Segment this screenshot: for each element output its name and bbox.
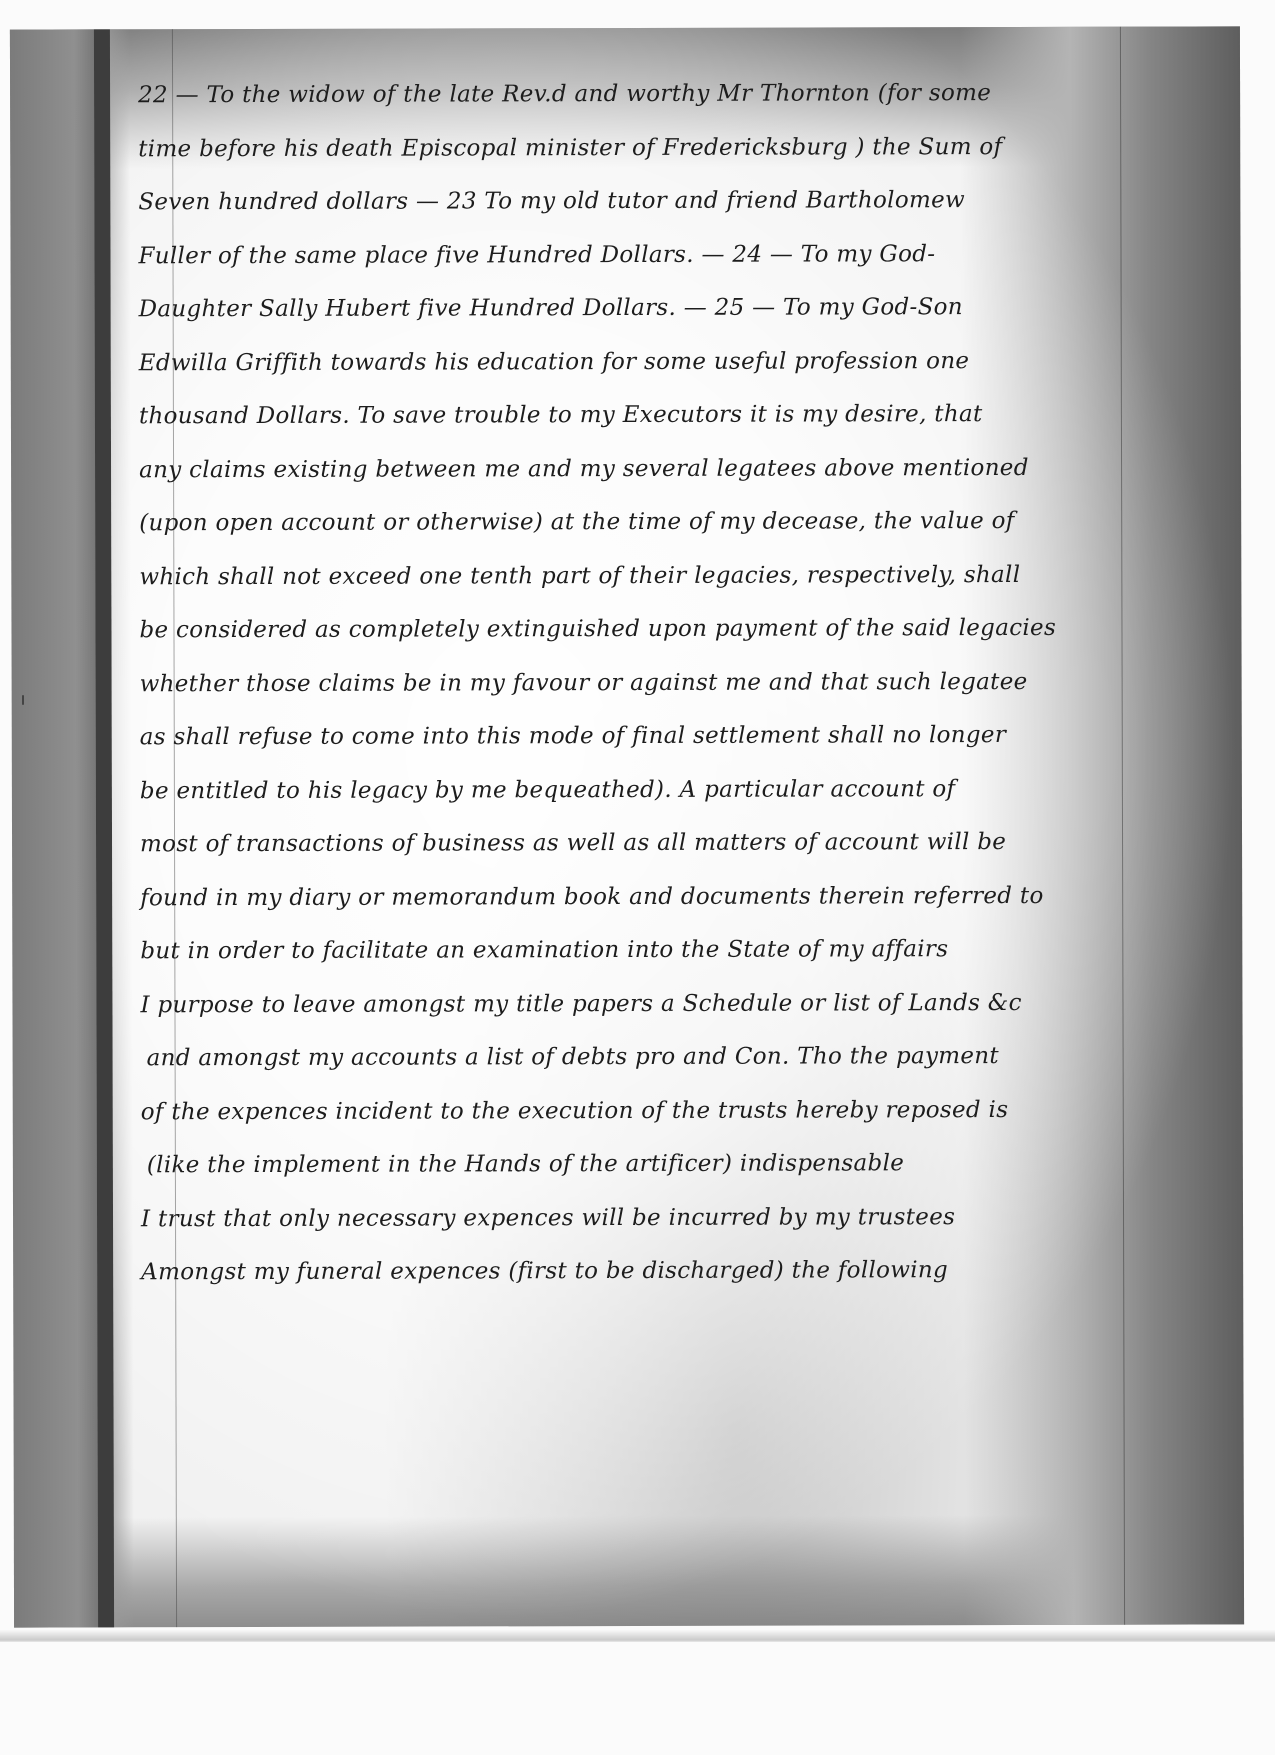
text-line: be considered as completely extinguished… <box>139 602 1149 658</box>
text-line: whether those claims be in my favour or … <box>140 655 1150 711</box>
text-line: Amongst my funeral expences (first to be… <box>141 1244 1151 1300</box>
text-line: Seven hundred dollars — 23 To my old tut… <box>138 174 1148 230</box>
scanned-page: 22 — To the widow of the late Rev.d and … <box>10 26 1244 1627</box>
text-line: thousand Dollars. To save trouble to my … <box>139 388 1149 444</box>
text-line: which shall not exceed one tenth part of… <box>139 548 1149 604</box>
scan-bottom-edge <box>0 1630 1275 1642</box>
text-line: time before his death Episcopal minister… <box>138 120 1148 176</box>
stray-mark <box>22 695 24 705</box>
text-line: and amongst my accounts a list of debts … <box>141 1030 1151 1086</box>
text-line: I trust that only necessary expences wil… <box>141 1190 1151 1246</box>
text-line: as shall refuse to come into this mode o… <box>140 709 1150 765</box>
text-line: found in my diary or memorandum book and… <box>140 869 1150 925</box>
text-line: of the expences incident to the executio… <box>141 1083 1151 1139</box>
text-line: be entitled to his legacy by me bequeath… <box>140 762 1150 818</box>
text-line: (upon open account or otherwise) at the … <box>139 495 1149 551</box>
text-line: Edwilla Griffith towards his education f… <box>139 334 1149 390</box>
manuscript-text: 22 — To the widow of the late Rev.d and … <box>138 67 1151 1300</box>
text-line: any claims existing between me and my se… <box>139 441 1149 497</box>
text-line: Daughter Sally Hubert five Hundred Dolla… <box>139 281 1149 337</box>
text-line: 22 — To the widow of the late Rev.d and … <box>138 67 1148 123</box>
text-line: but in order to facilitate an examinatio… <box>140 923 1150 979</box>
manuscript-paper: 22 — To the widow of the late Rev.d and … <box>110 26 1244 1627</box>
text-line: I purpose to leave amongst my title pape… <box>140 976 1150 1032</box>
text-line: most of transactions of business as well… <box>140 816 1150 872</box>
text-line: Fuller of the same place five Hundred Do… <box>138 227 1148 283</box>
text-line: (like the implement in the Hands of the … <box>141 1137 1151 1193</box>
